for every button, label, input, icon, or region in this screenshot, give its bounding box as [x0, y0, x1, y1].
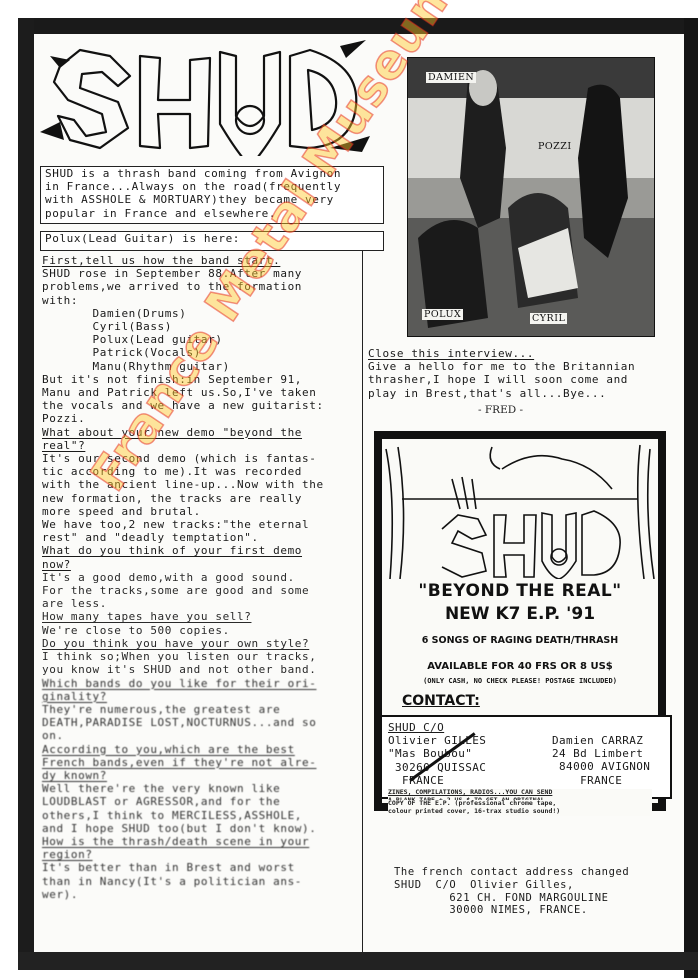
scan-border-bottom [18, 952, 698, 970]
flyer-contact-heading: CONTACT: [402, 693, 480, 709]
address-line: 30000 NIMES, FRANCE. [394, 904, 684, 917]
interviewee-box: Polux(Lead Guitar) is here: [40, 231, 384, 251]
closing-question: Close this interview... [368, 347, 688, 360]
question: How is the thrash/death scene in your re… [42, 835, 360, 861]
flyer-subtitle: NEW K7 E.P. '91 [382, 604, 658, 624]
demo-flyer: "BEYOND THE REAL" NEW K7 E.P. '91 6 SONG… [374, 431, 666, 811]
flyer-songs: 6 SONGS OF RAGING DEATH/THRASH [382, 635, 658, 646]
lineup-list: Damien(Drums) Cyril(Bass) Polux(Lead gui… [42, 307, 360, 373]
flyer-panel: "BEYOND THE REAL" NEW K7 E.P. '91 6 SONG… [382, 439, 658, 803]
address-line: The french contact address changed [394, 866, 684, 879]
question: Which bands do you like for their ori- g… [42, 677, 360, 703]
question: How many tapes have you sell? [42, 610, 360, 623]
answer: But it's not finish:in September 91, Man… [42, 373, 360, 426]
column-divider [362, 236, 363, 952]
answer: We're close to 500 copies. [42, 624, 360, 637]
flyer-payment-note: (ONLY CASH, NO CHECK PLEASE! POSTAGE INC… [382, 677, 658, 685]
answer: I think so;When you listen our tracks, y… [42, 650, 360, 676]
scan-border-top [18, 18, 698, 34]
closing-answer: Give a hello for me to the Britannian th… [368, 360, 688, 400]
band-photo: DAMIEN POZZI POLUX CYRIL [407, 57, 655, 337]
intro-line: popular in France and elsewhere. [45, 207, 379, 220]
band-logo [40, 36, 370, 156]
intro-line: SHUD is a thrash band coming from Avigno… [45, 167, 379, 180]
contact-box: SHUD C/O Olivier GILLES "Mas Boubou" 302… [380, 715, 672, 799]
contact-right: Damien CARRAZ 24 Bd Limbert 84000 AVIGNO… [552, 734, 650, 787]
photo-label-polux: POLUX [422, 309, 463, 320]
answer: It's better than in Brest and worst than… [42, 861, 360, 901]
question: According to you,which are the best Fren… [42, 743, 360, 783]
answer: It's our second demo (which is fantas- t… [42, 452, 360, 544]
interviewee-label: Polux(Lead Guitar) is here: [45, 232, 379, 245]
contact-line: 24 Bd Limbert [552, 747, 650, 760]
flyer-logo-icon [382, 439, 658, 579]
signature: - FRED - [478, 404, 523, 416]
intro-box: SHUD is a thrash band coming from Avigno… [40, 166, 384, 224]
band-photo-image [408, 58, 654, 336]
address-change-note: The french contact address changed SHUD … [394, 866, 684, 917]
shud-logo-icon [40, 36, 370, 156]
flyer-artwork [382, 439, 658, 579]
answer: Well there're the very known like LOUDBL… [42, 782, 360, 835]
contact-line: FRANCE [388, 774, 486, 787]
contact-line: Damien CARRAZ [552, 734, 650, 747]
question: Do you think you have your own style? [42, 637, 360, 650]
address-line: 621 CH. FOND MARGOULINE [394, 892, 684, 905]
intro-line: with ASSHOLE & MORTUARY)they became very [45, 193, 379, 206]
scan-border-left [18, 18, 34, 966]
question: First,tell us how the band start. [42, 254, 360, 267]
flyer-footer-line: colour printed cover, 16-trax studio sou… [388, 808, 652, 816]
interview-body: First,tell us how the band start. SHUD r… [42, 254, 360, 901]
photo-label-damien: DAMIEN [426, 72, 476, 83]
contact-line: FRANCE [552, 774, 650, 787]
flyer-title: "BEYOND THE REAL" [382, 581, 658, 601]
flyer-footer-continued: COPY OF THE E.P. (professional chrome ta… [388, 800, 652, 816]
question: What do you think of your first demo now… [42, 544, 360, 570]
intro-line: in France...Always on the road(frequentl… [45, 180, 379, 193]
closing-section: Close this interview... Give a hello for… [368, 347, 688, 400]
scan-border-right [684, 18, 698, 978]
contact-left: SHUD C/O Olivier GILLES "Mas Boubou" 302… [388, 721, 486, 787]
contact-line: 84000 AVIGNON [552, 760, 650, 773]
answer: They're numerous,the greatest are DEATH,… [42, 703, 360, 743]
photo-label-cyril: CYRIL [530, 313, 567, 324]
address-line: SHUD C/O Olivier Gilles, [394, 879, 684, 892]
answer: SHUD rose in September 88.After many pro… [42, 267, 360, 307]
flyer-availability: AVAILABLE FOR 40 FRS OR 8 US$ [382, 661, 658, 672]
question: What about your new demo "beyond the rea… [42, 426, 360, 452]
answer: It's a good demo,with a good sound. For … [42, 571, 360, 611]
photo-label-pozzi: POZZI [536, 141, 574, 152]
